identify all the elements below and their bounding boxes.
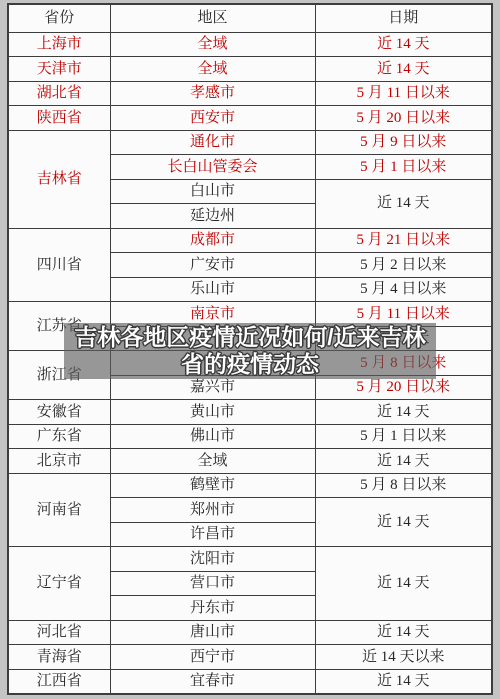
region-cell: 全域 [110,449,315,474]
table-row: 吉林省通化市5 月 9 日以来 [8,130,492,155]
table-row: 安徽省黄山市近 14 天 [8,400,492,425]
table-header-row: 省份 地区 日期 [8,4,492,32]
date-cell: 近 14 天 [315,669,492,694]
region-cell: 营口市 [110,571,315,596]
province-cell: 天津市 [8,57,110,82]
province-cell: 广东省 [8,424,110,449]
region-cell: 长白山管委会 [110,155,315,180]
table-row: 江西省宜春市近 14 天 [8,669,492,694]
table-row: 天津市全域近 14 天 [8,57,492,82]
table-row: 河北省唐山市近 14 天 [8,620,492,645]
province-cell: 江西省 [8,669,110,694]
date-cell: 5 月 9 日以来 [315,130,492,155]
date-cell: 5 月 11 日以来 [315,81,492,106]
region-cell: 宜春市 [110,669,315,694]
date-cell: 近 14 天以来 [315,645,492,670]
province-cell: 陕西省 [8,106,110,131]
region-cell: 西安市 [110,106,315,131]
region-cell: 孝感市 [110,81,315,106]
region-cell: 通化市 [110,130,315,155]
date-cell: 5 月 2 日以来 [315,253,492,278]
province-cell: 河北省 [8,620,110,645]
region-cell: 白山市 [110,179,315,204]
province-cell: 湖北省 [8,81,110,106]
region-cell: 全域 [110,32,315,57]
region-cell: 丹东市 [110,596,315,621]
table-row: 辽宁省沈阳市近 14 天 [8,547,492,572]
date-cell: 近 14 天 [315,57,492,82]
province-cell: 辽宁省 [8,547,110,621]
date-cell: 5 月 8 日以来 [315,473,492,498]
date-cell: 近 14 天 [315,498,492,547]
region-cell: 唐山市 [110,620,315,645]
table-row: 北京市全域近 14 天 [8,449,492,474]
date-cell: 5 月 1 日以来 [315,424,492,449]
region-cell: 全域 [110,57,315,82]
table-row: 上海市全域近 14 天 [8,32,492,57]
region-cell: 成都市 [110,228,315,253]
region-cell: 广安市 [110,253,315,278]
table-row: 广东省佛山市5 月 1 日以来 [8,424,492,449]
title-overlay-line2: 省的疫情动态 [181,351,319,378]
column-header-province: 省份 [8,4,110,32]
region-cell: 延边州 [110,204,315,229]
table-row: 四川省成都市5 月 21 日以来 [8,228,492,253]
table-row: 河南省鹤壁市5 月 8 日以来 [8,473,492,498]
region-cell: 鹤壁市 [110,473,315,498]
column-header-region: 地区 [110,4,315,32]
date-cell: 近 14 天 [315,449,492,474]
table-row: 陕西省西安市5 月 20 日以来 [8,106,492,131]
region-cell: 郑州市 [110,498,315,523]
region-cell: 乐山市 [110,277,315,302]
region-cell: 西宁市 [110,645,315,670]
province-cell: 四川省 [8,228,110,302]
province-cell: 上海市 [8,32,110,57]
title-overlay-line1: 吉林各地区疫情近况如何/近来吉林 [74,324,425,351]
date-cell: 5 月 21 日以来 [315,228,492,253]
province-cell: 青海省 [8,645,110,670]
date-cell: 近 14 天 [315,32,492,57]
date-cell: 5 月 1 日以来 [315,155,492,180]
date-cell: 5 月 4 日以来 [315,277,492,302]
column-header-date: 日期 [315,4,492,32]
table-row: 青海省西宁市近 14 天以来 [8,645,492,670]
region-cell: 佛山市 [110,424,315,449]
title-overlay: 吉林各地区疫情近况如何/近来吉林 省的疫情动态 [64,323,436,379]
province-cell: 北京市 [8,449,110,474]
page: 省份 地区 日期 上海市全域近 14 天天津市全域近 14 天湖北省孝感市5 月… [0,0,500,699]
table-row: 湖北省孝感市5 月 11 日以来 [8,81,492,106]
date-cell: 近 14 天 [315,547,492,621]
date-cell: 近 14 天 [315,620,492,645]
date-cell: 近 14 天 [315,400,492,425]
date-cell: 近 14 天 [315,179,492,228]
region-cell: 沈阳市 [110,547,315,572]
province-cell: 安徽省 [8,400,110,425]
region-cell: 许昌市 [110,522,315,547]
date-cell: 5 月 20 日以来 [315,106,492,131]
province-cell: 吉林省 [8,130,110,228]
region-cell: 黄山市 [110,400,315,425]
province-cell: 河南省 [8,473,110,547]
